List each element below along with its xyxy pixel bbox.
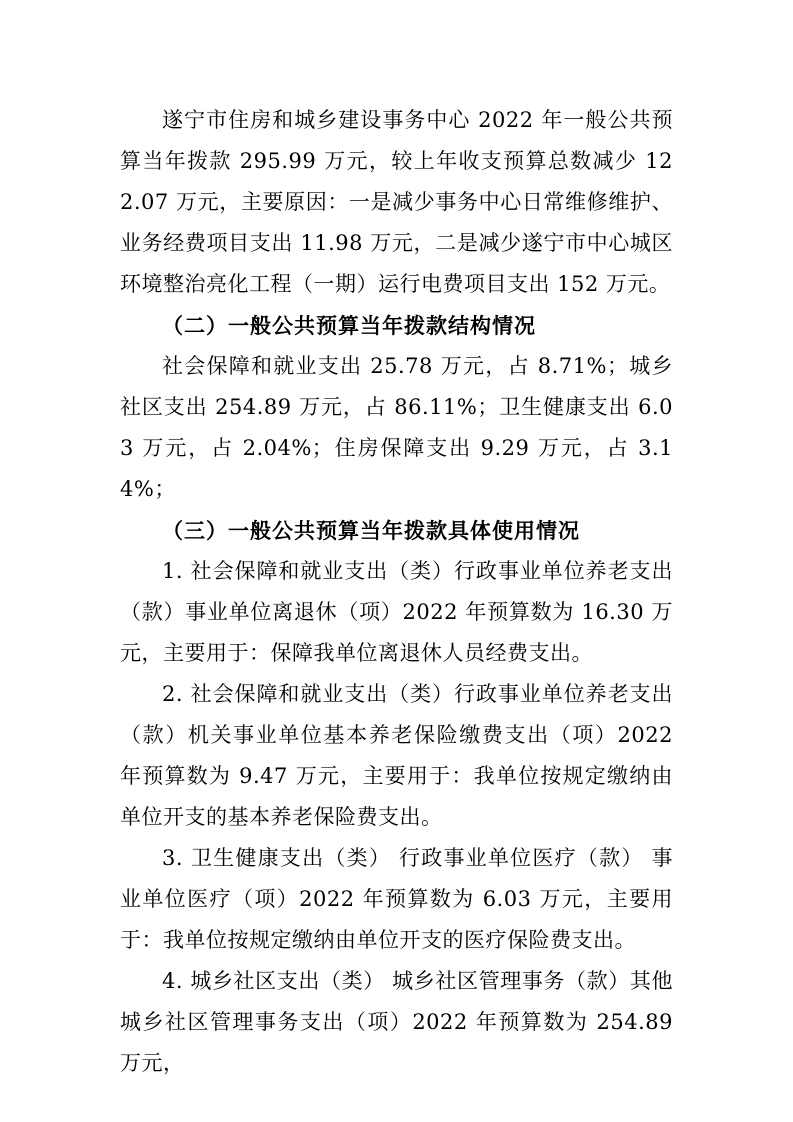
- paragraph: 遂宁市住房和城乡建设事务中心 2022 年一般公共预算当年拨款 295.99 万…: [120, 100, 673, 305]
- document-page: 遂宁市住房和城乡建设事务中心 2022 年一般公共预算当年拨款 295.99 万…: [0, 0, 793, 1122]
- paragraph: 社会保障和就业支出 25.78 万元，占 8.71%；城乡社区支出 254.89…: [120, 346, 673, 510]
- paragraph: 1. 社会保障和就业支出（类）行政事业单位养老支出（款）事业单位离退休（项）20…: [120, 551, 673, 674]
- section-heading: （三）一般公共预算当年拨款具体使用情况: [120, 510, 673, 551]
- paragraph: 3. 卫生健康支出（类） 行政事业单位医疗（款） 事业单位医疗（项）2022 年…: [120, 838, 673, 961]
- paragraph: 2. 社会保障和就业支出（类）行政事业单位养老支出（款）机关事业单位基本养老保险…: [120, 674, 673, 838]
- section-heading: （二）一般公共预算当年拨款结构情况: [120, 305, 673, 346]
- paragraph: 4. 城乡社区支出（类） 城乡社区管理事务（款）其他城乡社区管理事务支出（项）2…: [120, 961, 673, 1084]
- document-content: 遂宁市住房和城乡建设事务中心 2022 年一般公共预算当年拨款 295.99 万…: [120, 100, 673, 1084]
